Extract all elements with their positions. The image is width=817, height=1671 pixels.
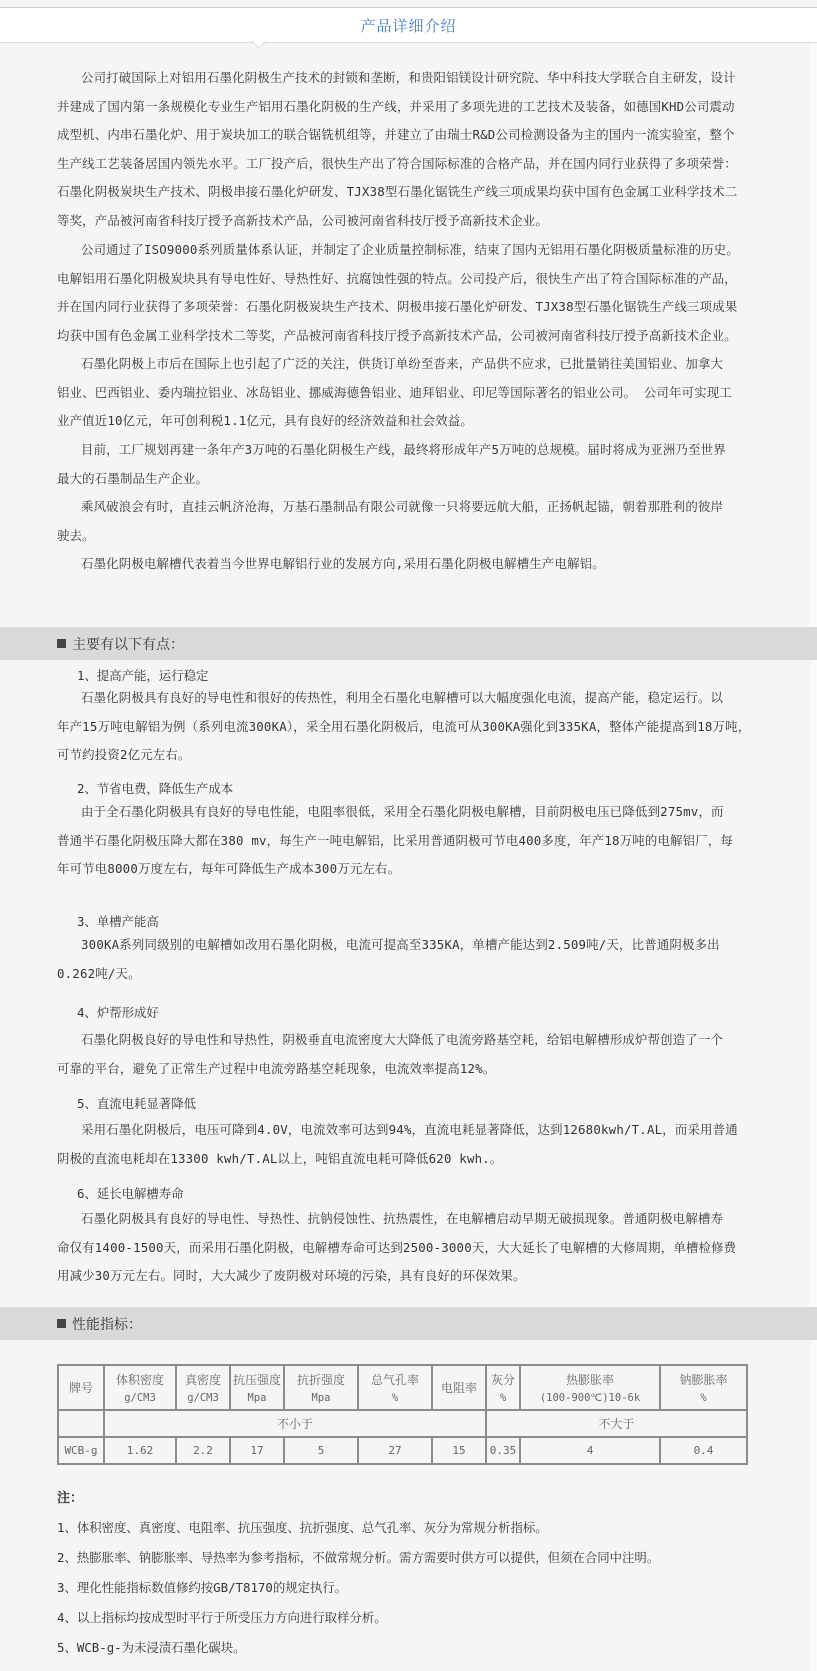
- intro-paragraph-1: 公司打破国际上对铝用石墨化阴极生产技术的封锁和垄断，和贵阳铝镁设计研究院、华中科…: [57, 64, 762, 236]
- note-1: 1、体积密度、真密度、电阻率、抗压强度、抗折强度、总气孔率、灰分为常规分析指标。: [57, 1518, 548, 1536]
- text-line: 最大的石墨制品生产企业。: [57, 465, 762, 494]
- text-line: 由于全石墨化阴极具有良好的导电性能，电阻率很低，采用全石墨化阴极电解槽，目前阴极…: [57, 798, 762, 827]
- text-line: 年可节电8000万度左右，每年可降低生产成本300万元左右。: [57, 855, 762, 884]
- text-line: 并在国内同行业获得了多项荣誉：石墨化阴极炭块生产技术、阴极串接石墨化炉研发、TJ…: [57, 293, 762, 322]
- col-header-compressive-strength: 抗压强度Mpa: [230, 1365, 284, 1410]
- text-line: 石墨化阴极上市后在国际上也引起了广泛的关注，供货订单纷至沓来，产品供不应求，已批…: [57, 350, 762, 379]
- cell-value: 15: [432, 1437, 486, 1464]
- advantage-title-5: 5、直流电耗显著降低: [77, 1094, 196, 1112]
- text-line: 成型机、内串石墨化炉、用于炭块加工的联合锯铣机组等，并建立了由瑞士R&D公司检测…: [57, 121, 762, 150]
- note-5: 5、WCB-g-为未浸渍石墨化碳块。: [57, 1638, 246, 1656]
- square-bullet-icon: [57, 639, 66, 648]
- text-line: 石墨化阴极良好的导电性和导热性，阴极垂直电流密度大大降低了电流旁路基空耗，给铝电…: [57, 1026, 762, 1055]
- col-header-thermal-expansion: 热膨胀率(100-900℃)10-6k: [520, 1365, 660, 1410]
- cell-value: 5: [284, 1437, 358, 1464]
- performance-table: 牌号 体积密度g/CM3 真密度g/CM3 抗压强度Mpa 抗折强度Mpa 总气…: [57, 1364, 748, 1465]
- col-header-true-density: 真密度g/CM3: [176, 1365, 230, 1410]
- header-unit: Mpa: [285, 1390, 357, 1406]
- group-not-greater-than: 不大于: [486, 1410, 747, 1437]
- text-line: 公司打破国际上对铝用石墨化阴极生产技术的封锁和垄断，和贵阳铝镁设计研究院、华中科…: [57, 64, 762, 93]
- header-unit: (100-900℃)10-6k: [521, 1390, 659, 1406]
- header-label: 灰分: [487, 1370, 519, 1390]
- intro-paragraph-4: 目前，工厂规划再建一条年产3万吨的石墨化阴极生产线，最终将形成年产5万吨的总规模…: [57, 436, 762, 493]
- text-line: 石墨化阴极具有良好的导电性和很好的传热性，利用全石墨化电解槽可以大幅度强化电流，…: [57, 684, 762, 713]
- table-group-row: 不小于 不大于: [58, 1410, 747, 1437]
- advantage-body-6: 石墨化阴极具有良好的导电性、导热性、抗钠侵蚀性、抗热震性，在电解槽启动早期无破损…: [57, 1205, 762, 1291]
- cell-value: 0.4: [660, 1437, 747, 1464]
- header-label: 真密度: [177, 1370, 229, 1390]
- col-header-grade: 牌号: [58, 1365, 104, 1410]
- page-title: 产品详细介绍: [0, 15, 817, 36]
- advantage-body-1: 石墨化阴极具有良好的导电性和很好的传热性，利用全石墨化电解槽可以大幅度强化电流，…: [57, 684, 762, 770]
- header-label: 抗折强度: [285, 1370, 357, 1390]
- header-label: 电阻率: [433, 1378, 485, 1398]
- cell-value: 4: [520, 1437, 660, 1464]
- header-unit: %: [359, 1390, 431, 1406]
- advantage-title-4: 4、炉帮形成好: [77, 1003, 159, 1021]
- cell-value: 17: [230, 1437, 284, 1464]
- text-line: 命仅有1400-1500天，而采用石墨化阴极，电解槽寿命可达到2500-3000…: [57, 1234, 762, 1263]
- empty-cell: [58, 1410, 104, 1437]
- text-line: 业产值近10亿元，年可创利税1.1亿元，具有良好的经济效益和社会效益。: [57, 407, 762, 436]
- col-header-porosity: 总气孔率%: [358, 1365, 432, 1410]
- text-line: 普通半石墨化阴极压降大都在380 mv，每生产一吨电解铝，比采用普通阴极可节电4…: [57, 827, 762, 856]
- text-line: 驶去。: [57, 522, 762, 551]
- header-label: 钠膨胀率: [661, 1370, 746, 1390]
- section-heading: 性能指标：: [72, 1314, 142, 1334]
- text-line: 可靠的平台，避免了正常生产过程中电流旁路基空耗现象，电流效率提高12%。: [57, 1055, 762, 1084]
- table-row: WCB-g 1.62 2.2 17 5 27 15 0.35 4 0.4: [58, 1437, 747, 1464]
- note-3: 3、理化性能指标数值修约按GB/T8170的规定执行。: [57, 1578, 347, 1596]
- text-line: 300KA系列同级别的电解槽如改用石墨化阴极，电流可提高至335KA，单槽产能达…: [57, 931, 762, 960]
- advantage-title-6: 6、延长电解槽寿命: [77, 1184, 184, 1202]
- text-line: 石墨化阴极电解槽代表着当今世界电解铝行业的发展方向,采用石墨化阴极电解槽生产电解…: [57, 550, 762, 579]
- title-bar: 产品详细介绍: [0, 8, 817, 43]
- section-header-performance: 性能指标：: [0, 1307, 817, 1340]
- text-line: 0.262吨/天。: [57, 960, 762, 989]
- text-line: 电解铝用石墨化阴极炭块具有导电性好、导热性好、抗腐蚀性强的特点。公司投产后，很快…: [57, 265, 762, 294]
- intro-paragraph-5: 乘风破浪会有时，直挂云帆济沧海，万基石墨制品有限公司就像一只将要远航大船，正扬帆…: [57, 493, 762, 550]
- text-line: 生产线工艺装备居国内领先水平。工厂投产后，很快生产出了符合国际标准的合格产品，并…: [57, 150, 762, 179]
- cell-grade: WCB-g: [58, 1437, 104, 1464]
- text-line: 阴极的直流电耗却在13300 kwh/T.AL以上，吨铝直流电耗可降低620 k…: [57, 1145, 762, 1174]
- text-line: 并建成了国内第一条规模化专业生产铝用石墨化阴极的生产线，并采用了多项先进的工艺技…: [57, 93, 762, 122]
- title-pointer-icon: [252, 41, 266, 49]
- text-line: 等奖，产品被河南省科技厅授予高新技术产品，公司被河南省科技厅授予高新技术企业。: [57, 207, 762, 236]
- text-line: 年产15万吨电解铝为例（系列电流300KA），采全用石墨化阴极后，电流可从300…: [57, 713, 762, 742]
- table-header-row: 牌号 体积密度g/CM3 真密度g/CM3 抗压强度Mpa 抗折强度Mpa 总气…: [58, 1365, 747, 1410]
- cell-value: 1.62: [104, 1437, 176, 1464]
- header-label: 抗压强度: [231, 1370, 283, 1390]
- section-heading: 主要有以下有点：: [72, 634, 184, 654]
- advantage-body-4: 石墨化阴极良好的导电性和导热性，阴极垂直电流密度大大降低了电流旁路基空耗，给铝电…: [57, 1026, 762, 1083]
- content-edge: [810, 43, 817, 1671]
- advantage-title-3: 3、单槽产能高: [77, 912, 159, 930]
- text-line: 目前，工厂规划再建一条年产3万吨的石墨化阴极生产线，最终将形成年产5万吨的总规模…: [57, 436, 762, 465]
- cell-value: 0.35: [486, 1437, 520, 1464]
- col-header-ash: 灰分%: [486, 1365, 520, 1410]
- advantage-body-2: 由于全石墨化阴极具有良好的导电性能，电阻率很低，采用全石墨化阴极电解槽，目前阴极…: [57, 798, 762, 884]
- text-line: 铝业、巴西铝业、委内瑞拉铝业、冰岛铝业、挪威海德鲁铝业、迪拜铝业、印尼等国际著名…: [57, 379, 762, 408]
- text-line: 石墨化阴极具有良好的导电性、导热性、抗钠侵蚀性、抗热震性，在电解槽启动早期无破损…: [57, 1205, 762, 1234]
- note-2: 2、热膨胀率、钠膨胀率、导热率为参考指标，不做常规分析。需方需要时供方可以提供，…: [57, 1548, 659, 1566]
- advantage-body-5: 采用石墨化阴极后，电压可降到4.0V，电流效率可达到94%，直流电耗显著降低，达…: [57, 1116, 762, 1173]
- col-header-bulk-density: 体积密度g/CM3: [104, 1365, 176, 1410]
- section-header-advantages: 主要有以下有点：: [0, 627, 817, 660]
- text-line: 采用石墨化阴极后，电压可降到4.0V，电流效率可达到94%，直流电耗显著降低，达…: [57, 1116, 762, 1145]
- header-unit: %: [661, 1390, 746, 1406]
- col-header-resistivity: 电阻率: [432, 1365, 486, 1410]
- text-line: 石墨化阴极炭块生产技术、阴极串接石墨化炉研发、TJX38型石墨化锯铣生产线三项成…: [57, 178, 762, 207]
- text-line: 乘风破浪会有时，直挂云帆济沧海，万基石墨制品有限公司就像一只将要远航大船，正扬帆…: [57, 493, 762, 522]
- intro-paragraph-3: 石墨化阴极上市后在国际上也引起了广泛的关注，供货订单纷至沓来，产品供不应求，已批…: [57, 350, 762, 436]
- text-line: 均获中国有色金属工业科学技术二等奖，产品被河南省科技厅授予高新技术产品，公司被河…: [57, 322, 762, 351]
- header-unit: g/CM3: [105, 1390, 175, 1406]
- square-bullet-icon: [57, 1319, 66, 1328]
- advantage-title-2: 2、节省电费，降低生产成本: [77, 779, 233, 797]
- cell-value: 27: [358, 1437, 432, 1464]
- note-4: 4、以上指标均按成型时平行于所受压力方向进行取样分析。: [57, 1608, 387, 1626]
- header-unit: %: [487, 1390, 519, 1406]
- col-header-flexural-strength: 抗折强度Mpa: [284, 1365, 358, 1410]
- cell-value: 2.2: [176, 1437, 230, 1464]
- header-unit: Mpa: [231, 1390, 283, 1406]
- text-line: 用减少30万元左右。同时，大大减少了废阴极对环境的污染，具有良好的环保效果。: [57, 1262, 762, 1291]
- intro-paragraph-2: 公司通过了ISO9000系列质量体系认证，并制定了企业质量控制标准，结束了国内无…: [57, 236, 762, 350]
- text-line: 可节约投资2亿元左右。: [57, 741, 762, 770]
- header-label: 牌号: [59, 1378, 103, 1398]
- advantage-title-1: 1、提高产能，运行稳定: [77, 666, 208, 684]
- notes-heading: 注：: [57, 1487, 83, 1506]
- intro-paragraph-6: 石墨化阴极电解槽代表着当今世界电解铝行业的发展方向,采用石墨化阴极电解槽生产电解…: [57, 550, 762, 579]
- header-label: 总气孔率: [359, 1370, 431, 1390]
- text-line: 公司通过了ISO9000系列质量体系认证，并制定了企业质量控制标准，结束了国内无…: [57, 236, 762, 265]
- group-not-less-than: 不小于: [104, 1410, 486, 1437]
- header-label: 体积密度: [105, 1370, 175, 1390]
- header-label: 热膨胀率: [521, 1370, 659, 1390]
- header-unit: g/CM3: [177, 1390, 229, 1406]
- col-header-sodium-expansion: 钠膨胀率%: [660, 1365, 747, 1410]
- advantage-body-3: 300KA系列同级别的电解槽如改用石墨化阴极，电流可提高至335KA，单槽产能达…: [57, 931, 762, 988]
